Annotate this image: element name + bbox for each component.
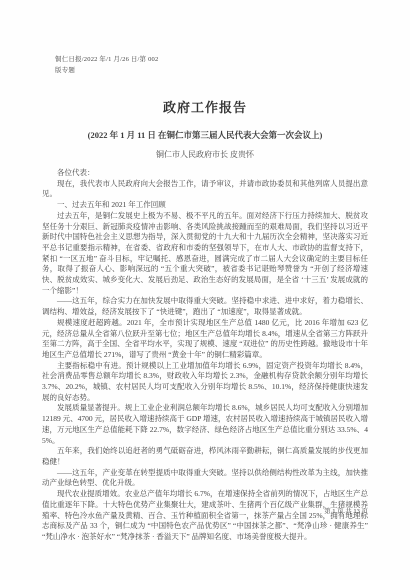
masthead: 铜仁日报/2022 年/1 月/26 日/第 002 版专题 [55,55,368,76]
masthead-source-line: 铜仁日报/2022 年/1 月/26 日/第 002 [55,55,368,66]
page-number-indicator: 第 1 页 共 13 页 [324,506,368,515]
masthead-section-line: 版专题 [55,66,368,77]
para-past-five-years: 过去五年，是铜仁发展史上极为不易、极不平凡的五年。面对经济下行压力持续加大、脱贫… [42,211,368,297]
document-title: 政府工作报告 [42,97,368,116]
report-body: 各位代表： 现在，我代表市人民政府向大会报告工作，请予审议，并请市政协委员和其他… [42,168,368,543]
para-development-quality: 发展质量显著提升。规上工业企业利润总额年均增长 8.6%，城乡居民人均可支配收入… [42,403,368,446]
para-salutation: 各位代表： [42,168,368,179]
para-scale-speed: 规模速度赶超跨越。2021 年，全市预计实现地区生产总值 1480 亿元，比 2… [42,318,368,361]
para-comprehensive-strength: ——这五年，综合实力在加快发展中取得重大突破。坚持稳中求进、进中求好，着力稳增长… [42,296,368,317]
document-subtitle: (2022 年 1 月 11 日 在铜仁市第三届人民代表大会第一次会议上) [42,129,368,141]
section-heading-review: 一、过去五年和 2021 年工作回顾 [42,200,368,211]
document-byline: 铜仁市人民政府市长 皮贵怀 [42,149,368,160]
document-page: 铜仁日报/2022 年/1 月/26 日/第 002 版专题 政府工作报告 (2… [0,0,410,580]
para-five-year-summary: 五年来，我们始终以追赶者的勇气砥砺奋进，栉风沐雨辛勤耕耘，铜仁高质量发展的步伐更… [42,446,368,467]
para-modern-agriculture: 现代农业提质增效。农业总产值年均增长 6.7%，在增速保持全省前列的情况下，占地… [42,489,368,543]
document-content: 铜仁日报/2022 年/1 月/26 日/第 002 版专题 政府工作报告 (2… [42,55,368,543]
para-report-intro: 现在，我代表市人民政府向大会报告工作，请予审议，并请市政协委员和其他列席人员提出… [42,179,368,200]
para-industry-transformation: ——这五年，产业变革在转型提质中取得重大突破。坚持以供给侧结构性改革为主线，加快… [42,468,368,489]
para-key-indicators: 主要指标稳中有进。预计规模以上工业增加值年均增长 6.9%，固定资产投资年均增长… [42,361,368,404]
